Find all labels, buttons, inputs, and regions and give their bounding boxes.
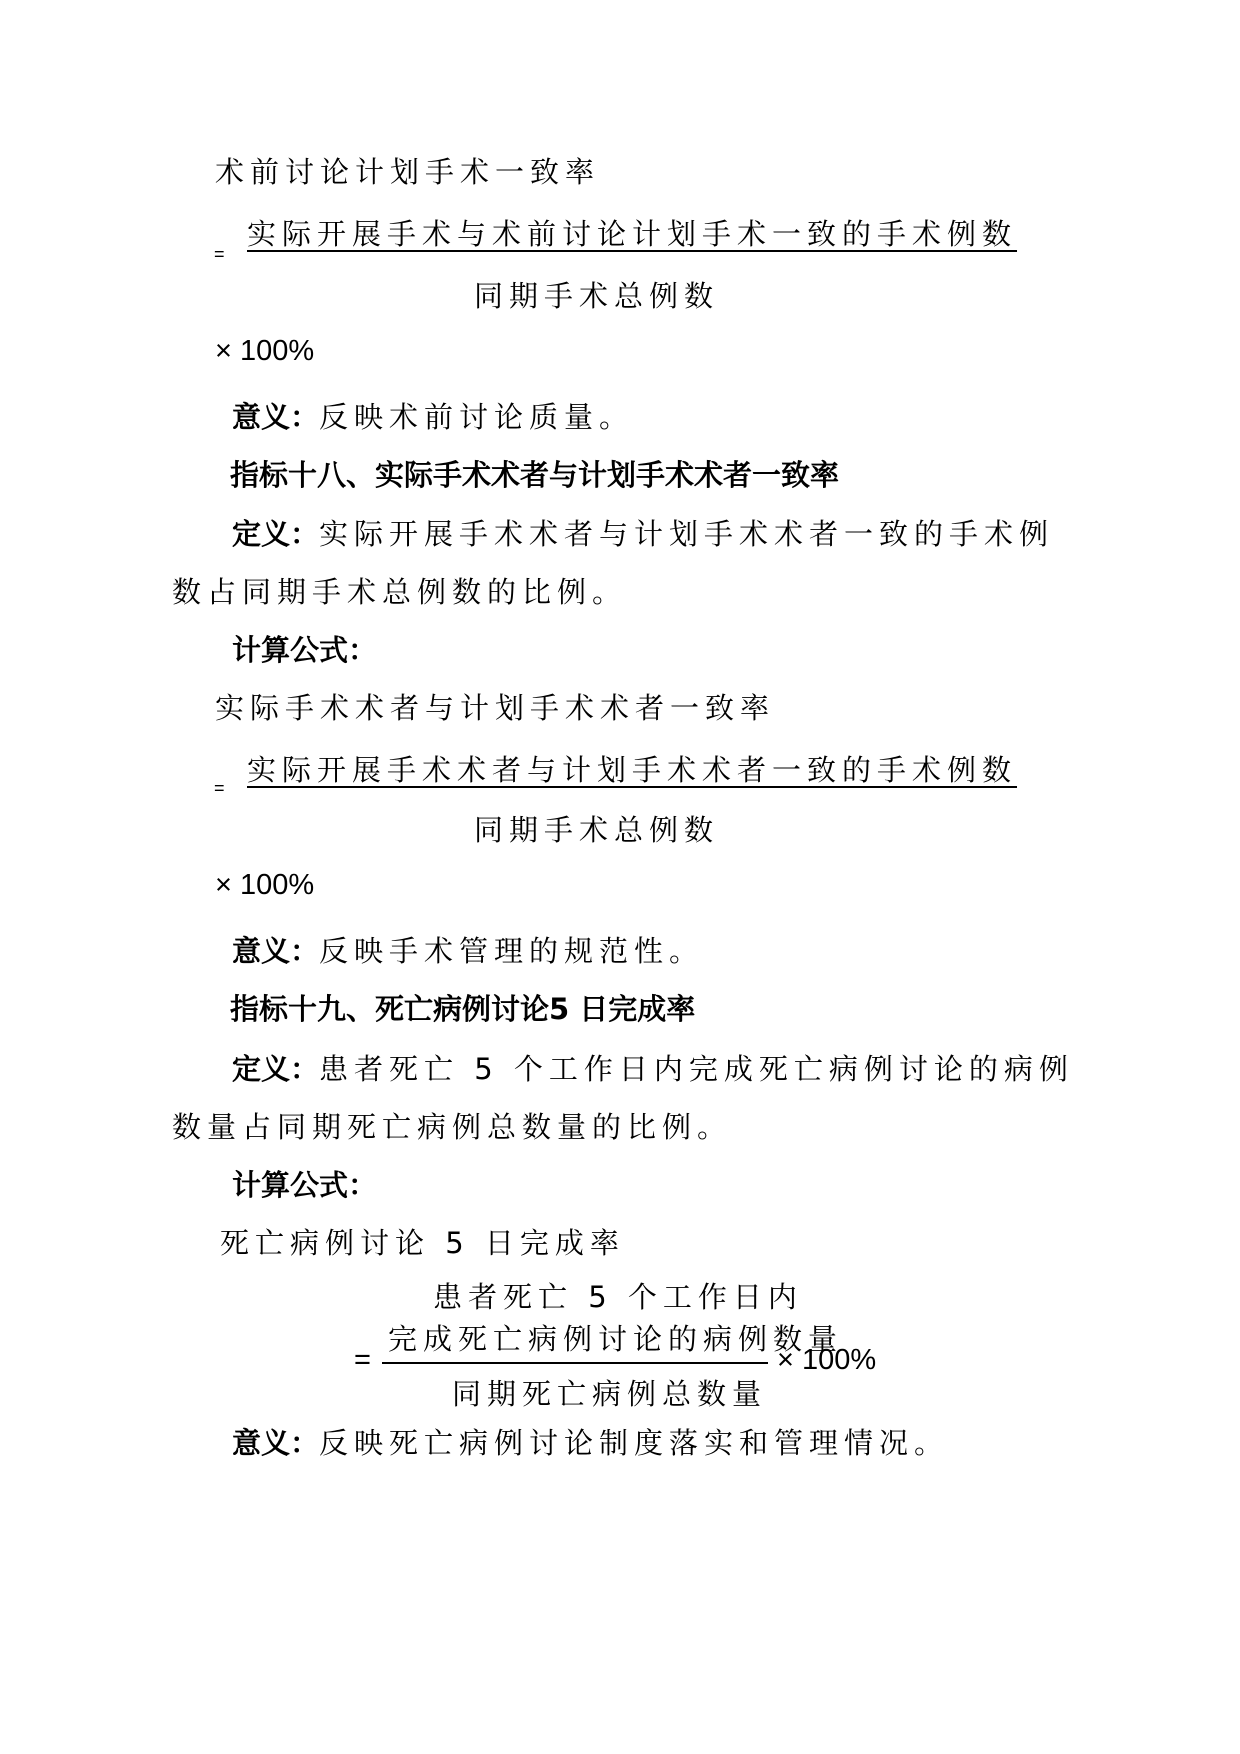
meaning-19: 意义：反映死亡病例讨论制度落实和管理情况。	[232, 1421, 949, 1462]
formula-multiplier-18: × 100%	[215, 869, 314, 902]
formula-denominator-18: 同期手术总例数	[474, 808, 719, 849]
formula-multiplier-17: × 100%	[215, 335, 314, 368]
meaning-label: 意义：	[232, 934, 319, 968]
indicator-heading-19: 指标十九、死亡病例讨论5 日完成率	[230, 987, 695, 1028]
definition-19-line1: 定义：患者死亡 5 个工作日内完成死亡病例讨论的病例	[232, 1047, 1074, 1088]
formula-name-19: 死亡病例讨论 5 日完成率	[220, 1221, 625, 1262]
definition-18-line1: 定义：实际开展手术术者与计划手术术者一致的手术例	[232, 512, 1054, 553]
formula-numerator-19-line1: 患者死亡 5 个工作日内	[433, 1275, 803, 1316]
formula-denominator-19: 同期死亡病例总数量	[452, 1372, 767, 1413]
formula-equals-19: =	[354, 1344, 371, 1377]
formula-numerator-19-line2: 完成死亡病例讨论的病例数量	[388, 1317, 843, 1358]
indicator-heading-18: 指标十八、实际手术术者与计划手术术者一致率	[230, 453, 839, 494]
formula-label-18: 计算公式：	[232, 628, 377, 669]
meaning-label: 意义：	[232, 400, 319, 434]
formula-equals-18: =	[214, 778, 225, 799]
definition-label: 定义：	[232, 517, 319, 551]
meaning-text: 反映手术管理的规范性。	[319, 934, 704, 968]
formula-multiplier-19: × 100%	[777, 1344, 876, 1377]
formula-equals-17: =	[214, 244, 225, 265]
formula-name-18: 实际手术术者与计划手术术者一致率	[215, 686, 775, 727]
formula-numerator-17: 实际开展手术与术前讨论计划手术一致的手术例数	[247, 212, 1017, 253]
meaning-text: 反映死亡病例讨论制度落实和管理情况。	[319, 1426, 949, 1460]
meaning-18: 意义：反映手术管理的规范性。	[232, 929, 704, 970]
definition-label: 定义：	[232, 1052, 319, 1086]
formula-numerator-18: 实际开展手术术者与计划手术术者一致的手术例数	[247, 748, 1017, 789]
formula-denominator-17: 同期手术总例数	[474, 274, 719, 315]
definition-text: 实际开展手术术者与计划手术术者一致的手术例	[319, 517, 1054, 551]
meaning-label: 意义：	[232, 1426, 319, 1460]
definition-18-line2: 数占同期手术总例数的比例。	[172, 570, 627, 611]
definition-text: 患者死亡 5 个工作日内完成死亡病例讨论的病例	[319, 1052, 1074, 1086]
fraction-bar-19	[382, 1362, 768, 1364]
meaning-17: 意义：反映术前讨论质量。	[232, 395, 634, 436]
formula-name-17: 术前讨论计划手术一致率	[215, 150, 600, 191]
definition-19-line2: 数量占同期死亡病例总数量的比例。	[172, 1105, 732, 1146]
formula-label-19: 计算公式：	[232, 1163, 377, 1204]
meaning-text: 反映术前讨论质量。	[319, 400, 634, 434]
